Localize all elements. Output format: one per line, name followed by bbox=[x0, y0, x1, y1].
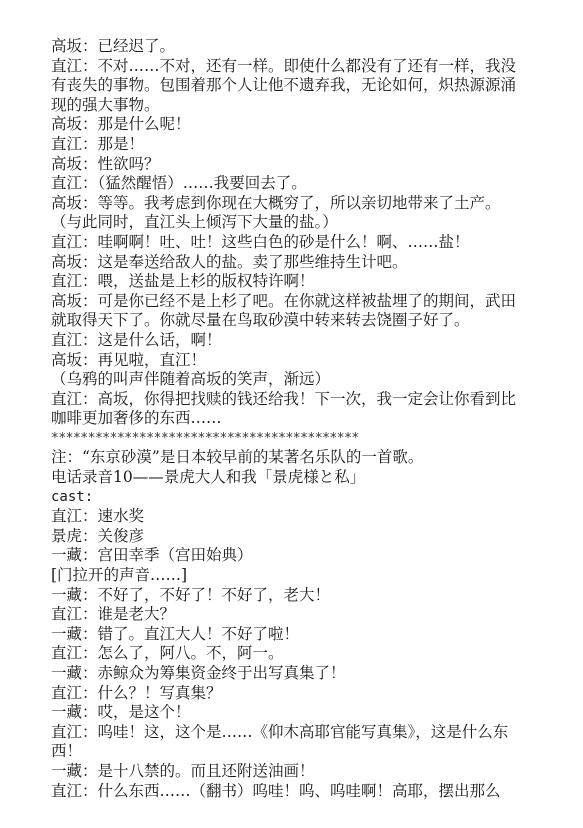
dialogue-line: 高坂：再见啦，直江！ bbox=[51, 351, 531, 371]
dialogue-line: 高坂：性欲吗？ bbox=[51, 155, 531, 175]
cast-entry: 直江：速水奖 bbox=[51, 507, 531, 527]
dialogue-line: 直江：哇啊啊！吐、吐！这些白色的砂是什么！啊、……盐！ bbox=[51, 233, 531, 253]
dialogue-line: 一藏：不好了，不好了！不好了，老大！ bbox=[51, 586, 531, 606]
sound-effect: [门拉开的声音……] bbox=[51, 566, 531, 586]
dialogue-line: 一藏：哎，是这个！ bbox=[51, 703, 531, 723]
dialogue-line: 直江：什么？！写真集？ bbox=[51, 684, 531, 704]
dialogue-line: 高坂：已经迟了。 bbox=[51, 37, 531, 57]
separator: ****************************************… bbox=[51, 429, 531, 449]
cast-entry: 一藏：宫田幸季（宫田始典） bbox=[51, 546, 531, 566]
stage-direction: （乌鸦的叫声伴随着高坂的笑声，渐远） bbox=[51, 370, 531, 390]
dialogue-line: 直江：呜哇！这，这个是……《仰木高耶官能写真集》，这是什么东西！ bbox=[51, 723, 531, 762]
footnote: 注：“东京砂漠”是日本较早前的某著名乐队的一首歌。 bbox=[51, 448, 531, 468]
dialogue-line: 高坂：可是你已经不是上杉了吧。在你就这样被盐埋了的期间，武田就取得天下了。你就尽… bbox=[51, 292, 531, 331]
dialogue-line: 直江：喂，送盐是上杉的版权特许啊！ bbox=[51, 272, 531, 292]
cast-entry: 景虎：关俊彦 bbox=[51, 527, 531, 547]
dialogue-line: 直江：这是什么话，啊！ bbox=[51, 331, 531, 351]
dialogue-line: 高坂：等等。我考虑到你现在大概穷了，所以亲切地带来了土产。 bbox=[51, 194, 531, 214]
section-title: 电话录音10——景虎大人和我「景虎様と私」 bbox=[51, 468, 531, 488]
cast-label: cast: bbox=[51, 488, 531, 508]
dialogue-line: 直江：谁是老大？ bbox=[51, 605, 531, 625]
dialogue-line: 高坂：这是奉送给敌人的盐。卖了那些维持生计吧。 bbox=[51, 253, 531, 273]
dialogue-line: 高坂：那是什么呢！ bbox=[51, 115, 531, 135]
dialogue-line: 直江：高坂，你得把找赎的钱还给我！下一次，我一定会让你看到比咖啡更加奢侈的东西…… bbox=[51, 390, 531, 429]
stage-direction: （与此同时，直江头上倾泻下大量的盐。） bbox=[51, 213, 531, 233]
dialogue-line: 一藏：是十八禁的。而且还附送油画！ bbox=[51, 762, 531, 782]
dialogue-line: 直江：什么东西……（翻书）呜哇！呜、呜哇啊！高耶，摆出那么 bbox=[51, 782, 531, 802]
dialogue-line: 一藏：赤鲸众为筹集资金终于出写真集了！ bbox=[51, 664, 531, 684]
document-body: 高坂：已经迟了。 直江：不对……不对，还有一样。即使什么都没有了还有一样，我没有… bbox=[51, 37, 531, 801]
dialogue-line: 直江：那是！ bbox=[51, 135, 531, 155]
dialogue-line: 直江：（猛然醒悟）……我要回去了。 bbox=[51, 174, 531, 194]
dialogue-line: 一藏：错了。直江大人！不好了啦！ bbox=[51, 625, 531, 645]
dialogue-line: 直江：怎么了，阿八。不，阿一。 bbox=[51, 644, 531, 664]
dialogue-line: 直江：不对……不对，还有一样。即使什么都没有了还有一样，我没有丧失的事物。包围着… bbox=[51, 57, 531, 116]
